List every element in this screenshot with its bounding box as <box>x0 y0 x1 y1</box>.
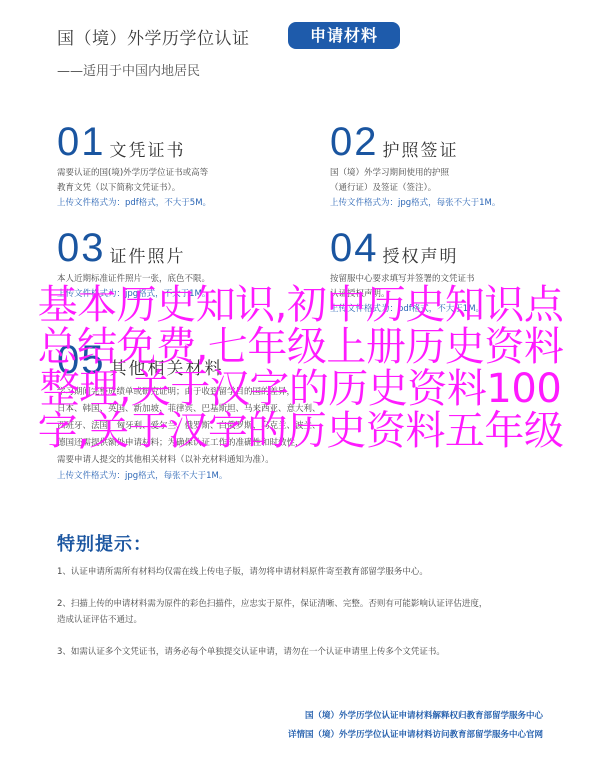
application-materials-badge: 申请材料 <box>288 22 400 49</box>
section-number: 04 <box>330 228 379 268</box>
tip-item: 1、认证申请所需所有材料均仅需在线上传电子版，请勿将申请材料原件寄至教育部留学服… <box>57 565 428 580</box>
document-subtitle: ——适用于中国内地居民 <box>57 60 200 79</box>
section-number: 01 <box>57 122 106 162</box>
footer-website-note: 详情国（境）外学历学位认证申请材料访问教育部留学服务中心官网 <box>288 728 543 740</box>
section-body-line: （通行证）及签证（签注）。 <box>330 181 500 196</box>
section-title: 文凭证书 <box>110 140 186 162</box>
special-notes-title: 特别提示： <box>57 530 152 556</box>
section-passport-visa: 02护照签证 国（境）外学习期间使用的护照 （通行证）及签证（签注）。 上传文件… <box>330 122 500 211</box>
upload-format-note: 上传文件格式为：jpg格式，每张不大于1M。 <box>57 469 321 484</box>
section-body-line: 教育文凭（以下简称文凭证书）。 <box>57 181 211 196</box>
section-title: 证件照片 <box>110 246 186 268</box>
section-body-line: 需要申请人提交的其他相关材料（以补充材料通知为准）。 <box>57 452 321 469</box>
tip-item: 造成认证评估不通过。 <box>57 613 142 628</box>
section-title: 授权声明 <box>383 246 459 268</box>
tip-item: 2、扫描上传的申请材料需为原件的彩色扫描件，应忠实于原件，保证清晰、完整。否则有… <box>57 597 487 612</box>
section-body-line: 国（境）外学习期间使用的护照 <box>330 166 500 181</box>
overlay-caption: 基本历史知识,初中历史知识点总结免费,七年级上册历史资料整理,关于汉字的历史资料… <box>18 284 583 452</box>
document-title: 国（境）外学历学位认证 <box>57 24 250 49</box>
footer-interpretation-note: 国（境）外学历学位认证申请材料解释权归教育部留学服务中心 <box>305 709 543 721</box>
section-diploma: 01文凭证书 需要认证的国(境)外学历学位证书或高等 教育文凭（以下简称文凭证书… <box>57 122 211 211</box>
section-number: 02 <box>330 122 379 162</box>
section-number: 03 <box>57 228 106 268</box>
tip-item: 3、如需认证多个文凭证书，请务必每个单独提交认证申请，请勿在一个认证申请里上传多… <box>57 645 445 660</box>
upload-format-note: 上传文件格式为：jpg格式，每张不大于1M。 <box>330 196 500 211</box>
upload-format-note: 上传文件格式为：pdf格式，不大于5M。 <box>57 196 211 211</box>
section-title: 护照签证 <box>383 140 459 162</box>
section-body-line: 需要认证的国(境)外学历学位证书或高等 <box>57 166 211 181</box>
